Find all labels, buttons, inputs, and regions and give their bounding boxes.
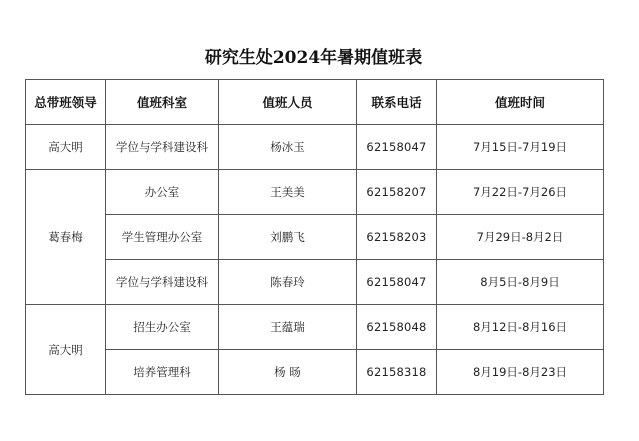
leader-cell: 高大明 [26,125,106,170]
phone-cell: 62158047 [357,260,437,305]
department-cell: 学生管理办公室 [106,215,219,260]
phone-cell: 62158203 [357,215,437,260]
staff-cell: 杨 旸 [219,350,357,395]
table-row: 学位与学科建设科 陈春玲 62158047 8月5日-8月9日 [26,260,604,305]
table-row: 学生管理办公室 刘鹏飞 62158203 7月29日-8月2日 [26,215,604,260]
phone-cell: 62158207 [357,170,437,215]
duty-time-cell: 8月12日-8月16日 [437,305,604,350]
duty-time-cell: 8月5日-8月9日 [437,260,604,305]
leader-cell: 葛春梅 [26,170,106,305]
department-cell: 培养管理科 [106,350,219,395]
staff-cell: 王蕴瑞 [219,305,357,350]
staff-cell: 刘鹏飞 [219,215,357,260]
document-title: 研究生处2024年暑期值班表 [0,46,627,70]
duty-time-cell: 7月29日-8月2日 [437,215,604,260]
staff-cell: 陈春玲 [219,260,357,305]
duty-time-cell: 7月15日-7月19日 [437,125,604,170]
header-department: 值班科室 [106,80,219,125]
header-staff: 值班人员 [219,80,357,125]
department-cell: 招生办公室 [106,305,219,350]
department-cell: 学位与学科建设科 [106,125,219,170]
leader-cell: 高大明 [26,305,106,395]
header-phone: 联系电话 [357,80,437,125]
department-cell: 学位与学科建设科 [106,260,219,305]
staff-cell: 王美美 [219,170,357,215]
header-duty-time: 值班时间 [437,80,604,125]
table-row: 高大明 招生办公室 王蕴瑞 62158048 8月12日-8月16日 [26,305,604,350]
duty-time-cell: 8月19日-8月23日 [437,350,604,395]
header-leader: 总带班领导 [26,80,106,125]
phone-cell: 62158048 [357,305,437,350]
duty-schedule-table: 总带班领导 值班科室 值班人员 联系电话 值班时间 高大明 学位与学科建设科 杨… [25,79,604,395]
table-row: 培养管理科 杨 旸 62158318 8月19日-8月23日 [26,350,604,395]
department-cell: 办公室 [106,170,219,215]
duty-time-cell: 7月22日-7月26日 [437,170,604,215]
phone-cell: 62158047 [357,125,437,170]
table-header-row: 总带班领导 值班科室 值班人员 联系电话 值班时间 [26,80,604,125]
table-row: 高大明 学位与学科建设科 杨冰玉 62158047 7月15日-7月19日 [26,125,604,170]
phone-cell: 62158318 [357,350,437,395]
staff-cell: 杨冰玉 [219,125,357,170]
table-row: 葛春梅 办公室 王美美 62158207 7月22日-7月26日 [26,170,604,215]
